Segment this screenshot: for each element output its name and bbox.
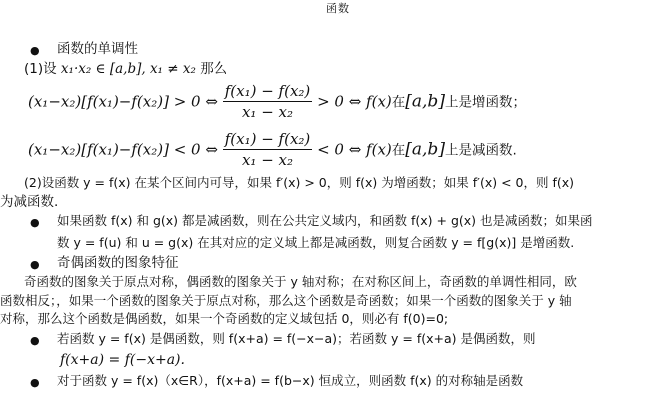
bullet-icon: ● [30, 259, 40, 270]
eq-inc-text-in: 在 [392, 95, 406, 111]
section-heading-monotonicity: 函数的单调性 [57, 43, 138, 57]
bullet-icon: ● [30, 377, 40, 388]
eq-inc-conclusion: 上是增函数； [445, 95, 526, 111]
eq-dec-fraction: f(x₁) − f(x₂) x₁ − x₂ [223, 132, 313, 168]
eq-inc-denominator: x₁ − x₂ [223, 102, 313, 120]
eq-dec-lhs: (x₁−x₂)[f(x₁)−f(x₂)] < 0 ⇔ [28, 141, 218, 159]
eq-dec-interval: [a,b] [405, 140, 445, 160]
item1-condition-math: x₁·x₂ ∈ [a,b], x₁ ≠ x₂ [61, 61, 196, 77]
bullet-icon: ● [30, 335, 40, 346]
even-shift-line2: f(x+a) = f(−x+a). [60, 353, 185, 367]
eq-dec-conclusion: 上是减函数. [445, 143, 517, 159]
even-shift-line1: 若函数 y = f(x) 是偶函数，则 f(x+a) = f(−x−a)；若函数… [57, 333, 536, 346]
equation-decreasing: (x₁−x₂)[f(x₁)−f(x₂)] < 0 ⇔ f(x₁) − f(x₂)… [28, 132, 517, 168]
section-heading-parity: 奇偶函数的图象特征 [57, 257, 179, 271]
parity-para-line3: 对称，那么这个函数是偶函数，如果一个奇函数的定义域包括 0，则必有 f(0)=0… [0, 313, 448, 326]
composite-line2: 数 y = f(u) 和 u = g(x) 在其对应的定义域上都是减函数，则复合… [57, 237, 574, 250]
eq-dec-denominator: x₁ − x₂ [223, 150, 313, 168]
eq-inc-lhs: (x₁−x₂)[f(x₁)−f(x₂)] > 0 ⇔ [28, 93, 218, 111]
eq-dec-rhs: < 0 ⇔ f(x) [317, 141, 392, 159]
symmetry-axis-line1: 对于函数 y = f(x)（x∈R），f(x+a) = f(b−x) 恒成立，则… [57, 375, 523, 388]
eq-dec-text-in: 在 [392, 143, 406, 159]
item2-line2: 为减函数. [0, 196, 58, 210]
item2-line1: (2)设函数 y = f(x) 在某个区间内可导，如果 f′(x) > 0，则 … [24, 177, 574, 190]
parity-para-line2: 函数相反；，如果一个函数的图象关于原点对称，那么这个函数是奇函数；如果一个函数的… [0, 295, 572, 308]
document-title: 函数 [326, 3, 350, 14]
eq-inc-numerator: f(x₁) − f(x₂) [223, 84, 313, 102]
eq-inc-interval: [a,b] [405, 92, 445, 112]
bullet-icon: ● [30, 217, 40, 228]
item1-suffix: 那么 [200, 61, 227, 77]
eq-inc-rhs: > 0 ⇔ f(x) [317, 93, 392, 111]
composite-line1: 如果函数 f(x) 和 g(x) 都是减函数，则在公共定义域内，和函数 f(x)… [57, 215, 593, 228]
eq-dec-numerator: f(x₁) − f(x₂) [223, 132, 313, 150]
bullet-icon: ● [30, 45, 40, 56]
item1-intro: (1)设 x₁·x₂ ∈ [a,b], x₁ ≠ x₂ 那么 [24, 63, 227, 77]
item1-prefix: (1)设 [24, 61, 57, 77]
equation-increasing: (x₁−x₂)[f(x₁)−f(x₂)] > 0 ⇔ f(x₁) − f(x₂)… [28, 84, 526, 120]
eq-inc-fraction: f(x₁) − f(x₂) x₁ − x₂ [223, 84, 313, 120]
parity-para-line1: 奇函数的图象关于原点对称，偶函数的图象关于 y 轴对称；在对称区间上，奇函数的单… [24, 276, 577, 289]
